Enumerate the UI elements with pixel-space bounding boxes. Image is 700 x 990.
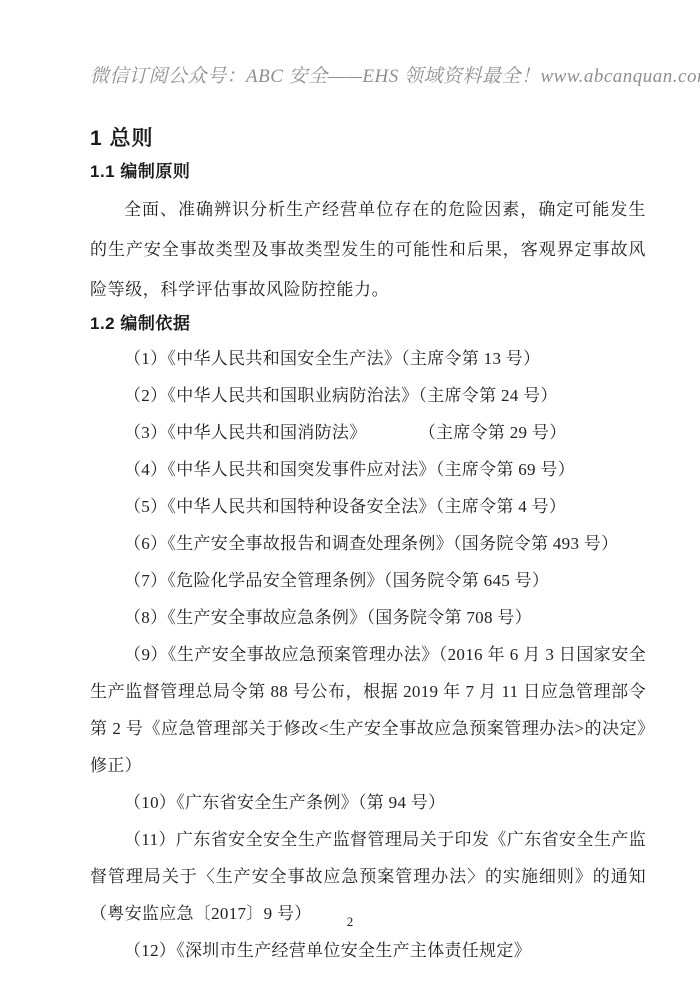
reference-item: （8）《生产安全事故应急条例》（国务院令第 708 号）: [90, 599, 646, 636]
reference-item: （5）《中华人民共和国特种设备安全法》（主席令第 4 号）: [90, 488, 646, 525]
subsection-title-1-2: 1.2 编制依据: [90, 312, 646, 336]
document-page: 微信订阅公众号：ABC 安全——EHS 领域资料最全！www.abcanquan…: [0, 0, 700, 990]
reference-item: （2）《中华人民共和国职业病防治法》（主席令第 24 号）: [90, 377, 646, 414]
watermark-header: 微信订阅公众号：ABC 安全——EHS 领域资料最全！www.abcanquan…: [90, 65, 662, 88]
subsection-title-1-1: 1.1 编制原则: [90, 160, 646, 184]
section-title: 1 总则: [90, 126, 646, 152]
reference-item: （7）《危险化学品安全管理条例》（国务院令第 645 号）: [90, 562, 646, 599]
reference-item: （9）《生产安全事故应急预案管理办法》（2016 年 6 月 3 日国家安全生产…: [90, 636, 646, 784]
reference-item: （12）《深圳市生产经营单位安全生产主体责任规定》: [90, 932, 646, 969]
reference-item: （3）《中华人民共和国消防法》 （主席令第 29 号）: [90, 414, 646, 451]
page-number: 2: [0, 914, 700, 929]
reference-item: （6）《生产安全事故报告和调查处理条例》（国务院令第 493 号）: [90, 525, 646, 562]
reference-item: （1）《中华人民共和国安全生产法》（主席令第 13 号）: [90, 340, 646, 377]
reference-list: （1）《中华人民共和国安全生产法》（主席令第 13 号） （2）《中华人民共和国…: [90, 340, 646, 969]
principles-paragraph: 全面、准确辨识分析生产经营单位存在的危险因素，确定可能发生的生产安全事故类型及事…: [90, 190, 646, 310]
reference-item: （4）《中华人民共和国突发事件应对法》（主席令第 69 号）: [90, 451, 646, 488]
document-content: 1 总则 1.1 编制原则 全面、准确辨识分析生产经营单位存在的危险因素，确定可…: [90, 120, 646, 969]
reference-item: （10）《广东省安全生产条例》（第 94 号）: [90, 784, 646, 821]
